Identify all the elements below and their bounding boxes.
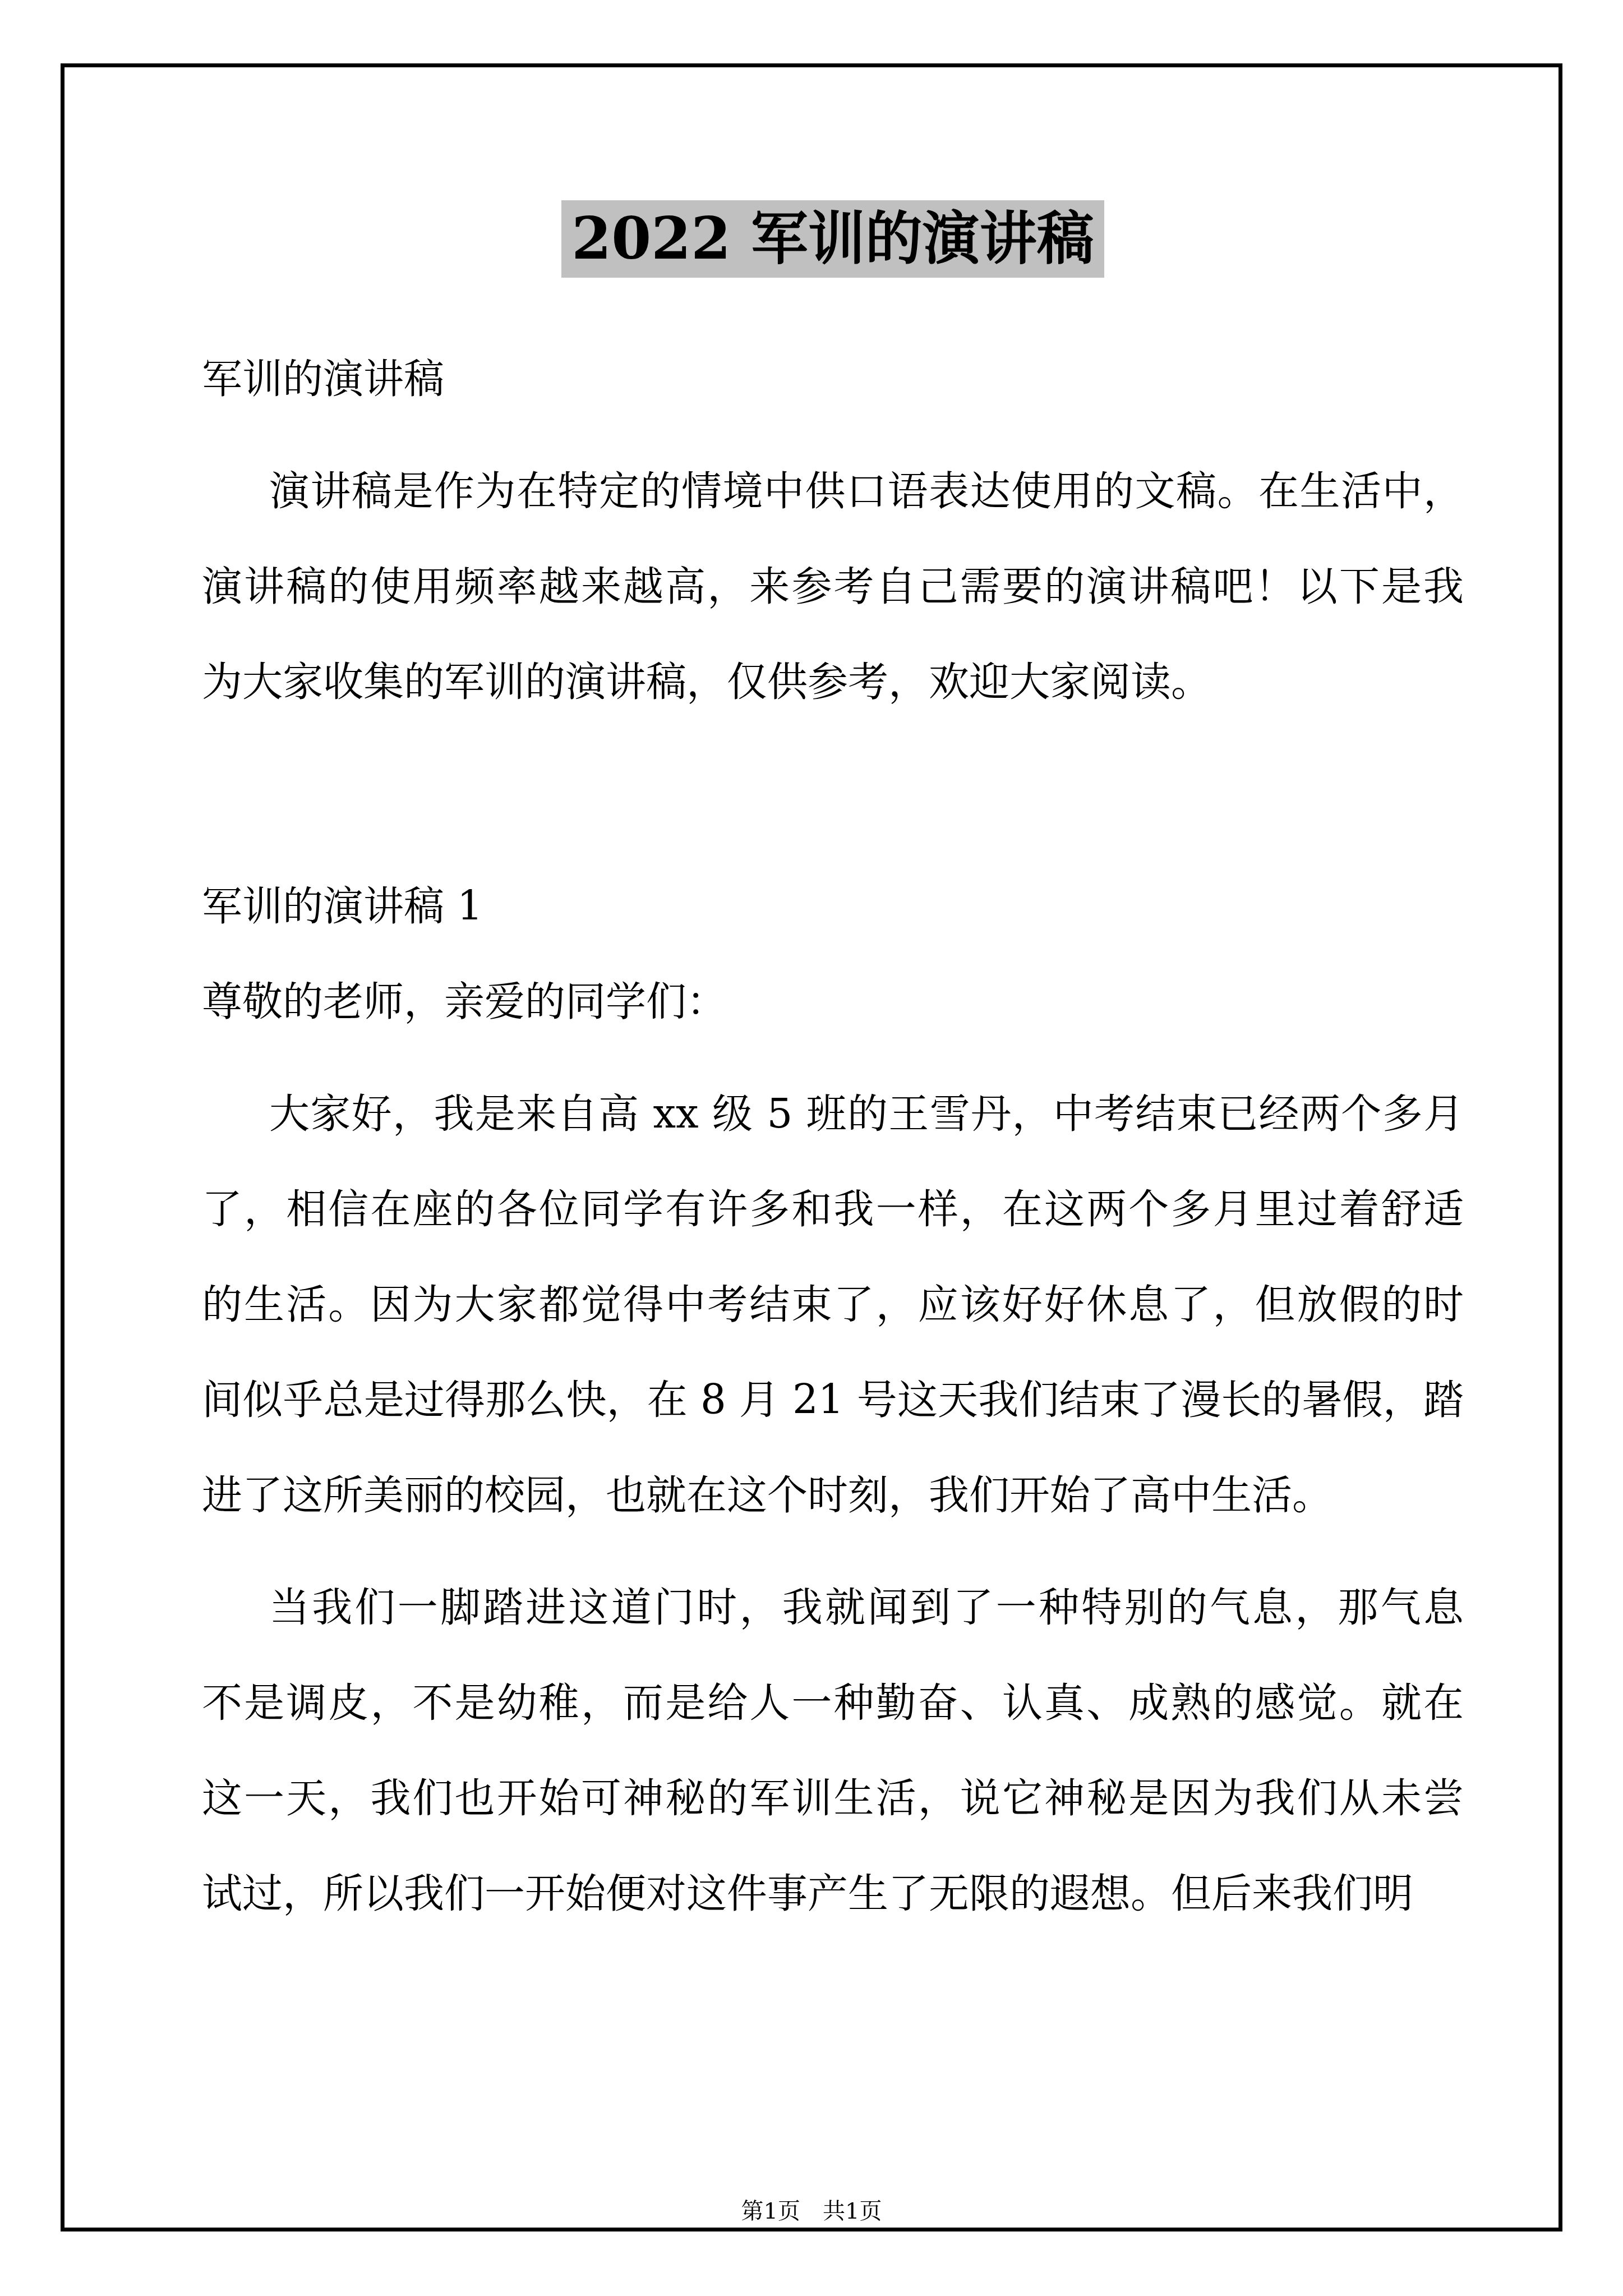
paragraph-blank-spacer <box>202 729 1464 858</box>
document-page: { "page": { "title": "2022 军训的演讲稿", "foo… <box>0 0 1623 2296</box>
text-line: 演讲稿的使用频率越来越高，来参考自己需要的演讲稿吧！以下是我 <box>202 539 1464 634</box>
paragraph-body-2: 当我们一脚踏进这道门时，我就闻到了一种特别的气息，那气息不是调皮，不是幼稚，而是… <box>202 1559 1464 1941</box>
text-line: 军训的演讲稿 <box>202 331 1464 426</box>
page-footer: 第1页 共1页 <box>0 2198 1623 2225</box>
text-line: 为大家收集的军训的演讲稿，仅供参考，欢迎大家阅读。 <box>202 634 1464 729</box>
text-line: 试过，所以我们一开始便对这件事产生了无限的遐想。但后来我们明 <box>202 1846 1464 1941</box>
text-line: 间似乎总是过得那么快，在 8 月 21 号这天我们结束了漫长的暑假，踏 <box>202 1352 1464 1447</box>
text-line: 当我们一脚踏进这道门时，我就闻到了一种特别的气息，那气息 <box>202 1559 1464 1655</box>
text-line: 这一天，我们也开始可神秘的军训生活，说它神秘是因为我们从未尝 <box>202 1750 1464 1846</box>
title-highlight: 2022 军训的演讲稿 <box>561 200 1104 278</box>
text-line: 了，相信在座的各位同学有许多和我一样，在这两个多月里过着舒适 <box>202 1161 1464 1257</box>
document-title: 2022 军训的演讲稿 <box>202 200 1464 278</box>
document-body: 军训的演讲稿演讲稿是作为在特定的情境中供口语表达使用的文稿。在生活中，演讲稿的使… <box>202 331 1464 1941</box>
paragraph-salutation: 尊敬的老师，亲爱的同学们： <box>202 954 1464 1049</box>
text-line: 进了这所美丽的校园，也就在这个时刻，我们开始了高中生活。 <box>202 1447 1464 1543</box>
paragraph-intro-heading: 军训的演讲稿 <box>202 331 1464 426</box>
text-line: 大家好，我是来自高 xx 级 5 班的王雪丹，中考结束已经两个多月 <box>202 1066 1464 1161</box>
text-line: 演讲稿是作为在特定的情境中供口语表达使用的文稿。在生活中， <box>202 443 1464 539</box>
text-line: 不是调皮，不是幼稚，而是给人一种勤奋、认真、成熟的感觉。就在 <box>202 1655 1464 1750</box>
document-content: 2022 军训的演讲稿 军训的演讲稿演讲稿是作为在特定的情境中供口语表达使用的文… <box>202 200 1464 1941</box>
paragraph-body-1: 大家好，我是来自高 xx 级 5 班的王雪丹，中考结束已经两个多月了，相信在座的… <box>202 1066 1464 1543</box>
paragraph-section-heading: 军训的演讲稿 1 <box>202 858 1464 954</box>
text-line: 军训的演讲稿 1 <box>202 858 1464 954</box>
text-line: 尊敬的老师，亲爱的同学们： <box>202 954 1464 1049</box>
text-line: 的生活。因为大家都觉得中考结束了，应该好好休息了，但放假的时 <box>202 1257 1464 1352</box>
paragraph-intro: 演讲稿是作为在特定的情境中供口语表达使用的文稿。在生活中，演讲稿的使用频率越来越… <box>202 443 1464 729</box>
